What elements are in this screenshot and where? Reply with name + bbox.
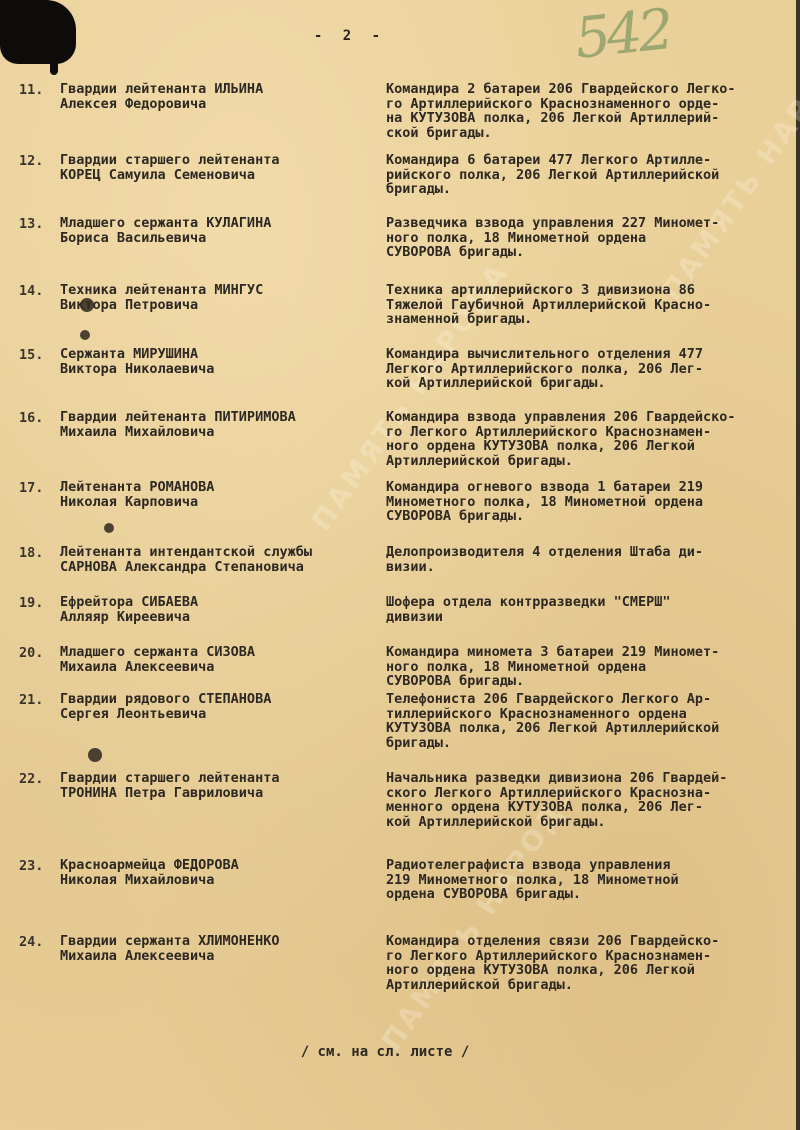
entry-number: 12. xyxy=(19,153,57,169)
ink-drip xyxy=(50,55,58,75)
entry-number: 22. xyxy=(19,771,57,787)
entry-position: Командира взвода управления 206 Гвардейс… xyxy=(386,410,800,468)
entry-position: Техника артиллерийского 3 дивизиона 86 Т… xyxy=(386,283,800,327)
entry-name: Лейтенанта РОМАНОВА Николая Карповича xyxy=(60,480,375,510)
entry-position: Командира вычислительного отделения 477 … xyxy=(386,347,800,391)
entry-name: Сержанта МИРУШИНА Виктора Николаевича xyxy=(60,347,375,377)
entry-number: 11. xyxy=(19,82,57,98)
entry-name: Гвардии рядового СТЕПАНОВА Сергея Леонть… xyxy=(60,692,375,722)
entry-name: Техника лейтенанта МИНГУС Виктора Петров… xyxy=(60,283,375,313)
entry-number: 24. xyxy=(19,934,57,950)
entry-name: Ефрейтора СИБАЕВА Алляяр Киреевича xyxy=(60,595,375,625)
entry-position: Разведчика взвода управления 227 Миномет… xyxy=(386,216,800,260)
entry-name: Лейтенанта интендантской службы САРНОВА … xyxy=(60,545,375,575)
entry-name: Гвардии лейтенанта ИЛЬИНА Алексея Федоро… xyxy=(60,82,375,112)
entry-number: 23. xyxy=(19,858,57,874)
entry-name: Гвардии старшего лейтенанта ТРОНИНА Петр… xyxy=(60,771,375,801)
entry-position: Командира отделения связи 206 Гвардейско… xyxy=(386,934,800,992)
continued-on-next-page-note: / см. на сл. листе / xyxy=(0,1044,770,1060)
entry-position: Телефониста 206 Гвардейского Легкого Ар-… xyxy=(386,692,800,750)
entry-position: Начальника разведки дивизиона 206 Гварде… xyxy=(386,771,800,829)
entry-number: 13. xyxy=(19,216,57,232)
punch-hole xyxy=(80,330,90,340)
entry-position: Командира 2 батареи 206 Гвардейского Лег… xyxy=(386,82,800,140)
entry-position: Радиотелеграфиста взвода управления 219 … xyxy=(386,858,800,902)
entry-number: 14. xyxy=(19,283,57,299)
entry-name: Гвардии сержанта ХЛИМОНЕНКО Михаила Алек… xyxy=(60,934,375,964)
punch-hole xyxy=(88,748,102,762)
entry-position: Шофера отдела контрразведки "СМЕРШ" диви… xyxy=(386,595,800,624)
entry-number: 16. xyxy=(19,410,57,426)
entry-number: 20. xyxy=(19,645,57,661)
entry-number: 19. xyxy=(19,595,57,611)
document-page: ПАМЯТЬ НАРОДА ПАМЯТЬ НАРОДА ПАМЯТЬ НАРОД… xyxy=(0,0,800,1130)
entry-name: Младшего сержанта КУЛАГИНА Бориса Василь… xyxy=(60,216,375,246)
entry-name: Гвардии старшего лейтенанта КОРЕЦ Самуил… xyxy=(60,153,375,183)
entry-number: 21. xyxy=(19,692,57,708)
entry-position: Командира миномета 3 батареи 219 Миномет… xyxy=(386,645,800,689)
entry-position: Командира огневого взвода 1 батареи 219 … xyxy=(386,480,800,524)
entry-name: Гвардии лейтенанта ПИТИРИМОВА Михаила Ми… xyxy=(60,410,375,440)
punch-hole xyxy=(104,523,114,533)
handwritten-archive-number: 542 xyxy=(572,0,673,72)
entry-number: 18. xyxy=(19,545,57,561)
entry-name: Младшего сержанта СИЗОВА Михаила Алексее… xyxy=(60,645,375,675)
entry-position: Делопроизводителя 4 отделения Штаба ди- … xyxy=(386,545,800,574)
entry-position: Командира 6 батареи 477 Легкого Артилле-… xyxy=(386,153,800,197)
entry-number: 15. xyxy=(19,347,57,363)
entry-name: Красноармейца ФЕДОРОВА Николая Михайлови… xyxy=(60,858,375,888)
entry-number: 17. xyxy=(19,480,57,496)
